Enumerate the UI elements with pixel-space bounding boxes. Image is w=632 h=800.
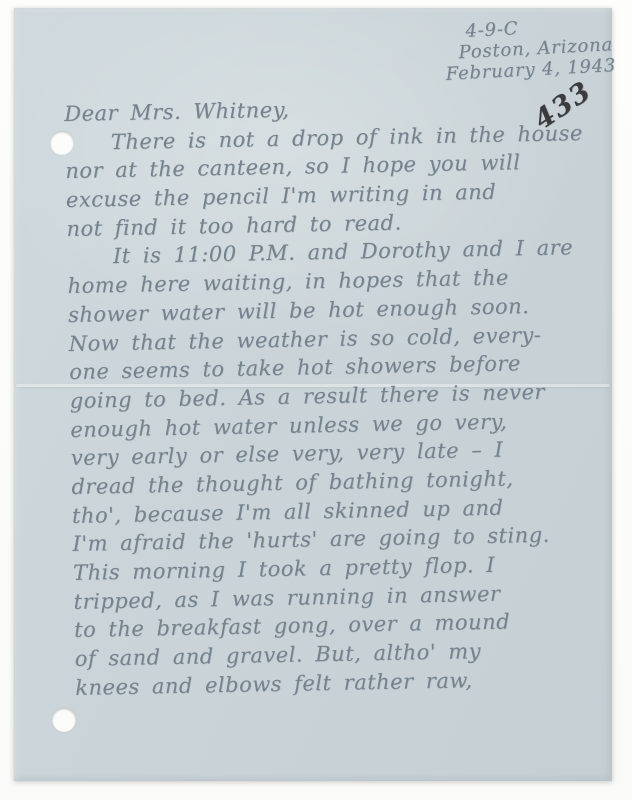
hole-punch-top (50, 131, 74, 155)
scan-background: 4-9-C Poston, Arizona February 4, 1943 4… (0, 0, 632, 800)
letter-heading: 4-9-C Poston, Arizona February 4, 1943 (443, 13, 617, 85)
letter-body: Dear Mrs. Whitney, There is not a drop o… (64, 90, 617, 703)
hole-punch-bottom (52, 708, 76, 732)
